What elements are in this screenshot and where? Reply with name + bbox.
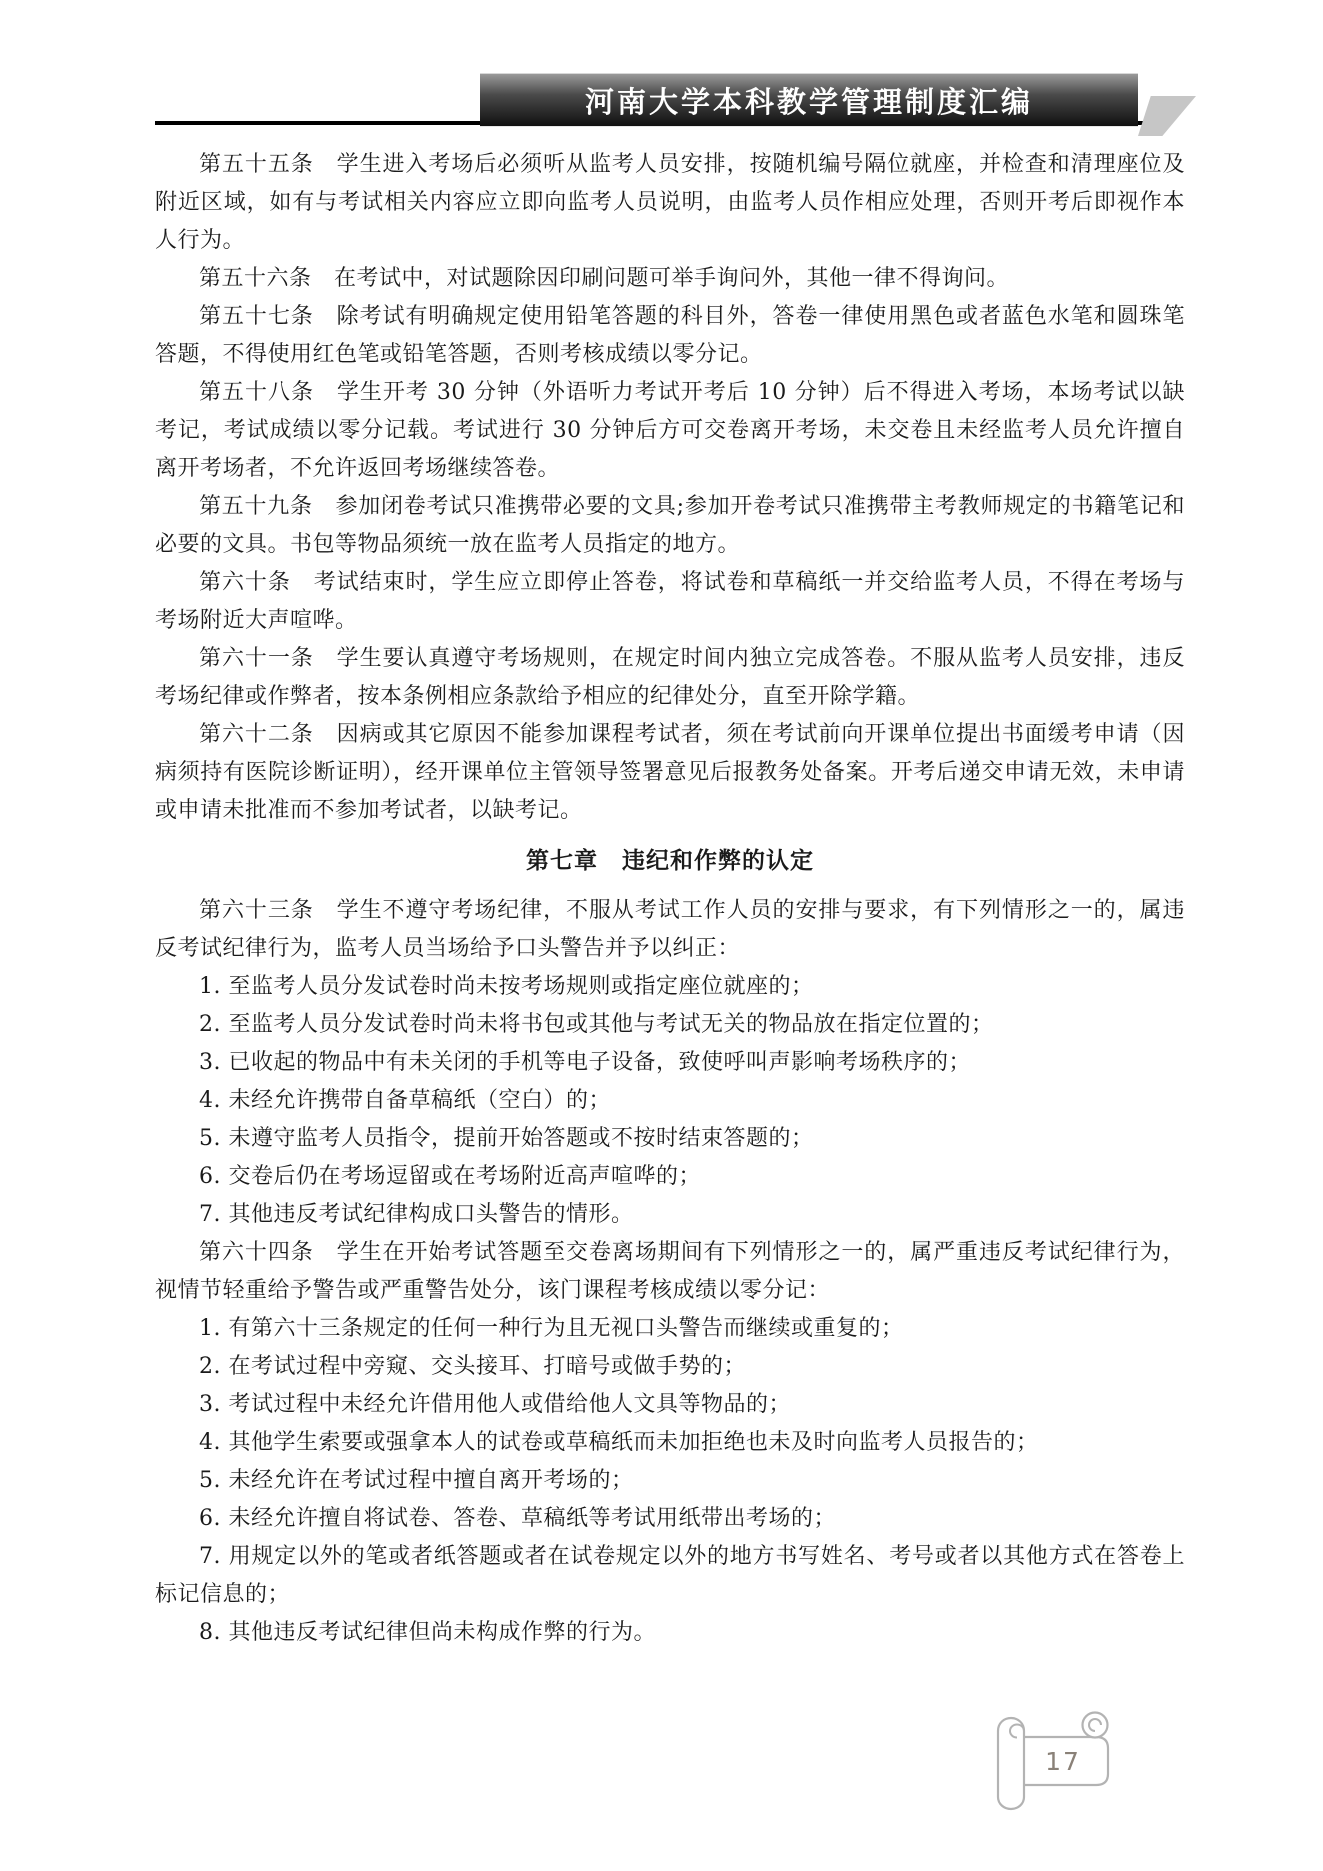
list-item: 4. 未经允许携带自备草稿纸（空白）的； bbox=[155, 1082, 1185, 1120]
article-paragraph: 第五十六条 在考试中，对试题除因印刷问题可举手询问外，其他一律不得询问。 bbox=[155, 260, 1185, 298]
list-item: 8. 其他违反考试纪律但尚未构成作弊的行为。 bbox=[155, 1614, 1185, 1652]
banner-arrow-icon bbox=[1138, 96, 1196, 136]
list-item: 2. 在考试过程中旁窥、交头接耳、打暗号或做手势的； bbox=[155, 1348, 1185, 1386]
page-number: 17 bbox=[1045, 1747, 1081, 1776]
article-paragraph: 第六十条 考试结束时，学生应立即停止答卷，将试卷和草稿纸一并交给监考人员，不得在… bbox=[155, 564, 1185, 640]
list-item: 3. 考试过程中未经允许借用他人或借给他人文具等物品的； bbox=[155, 1386, 1185, 1424]
header-banner-title: 河南大学本科教学管理制度汇编 bbox=[585, 80, 1033, 121]
article-paragraph: 第六十四条 学生在开始考试答题至交卷离场期间有下列情形之一的，属严重违反考试纪律… bbox=[155, 1234, 1185, 1310]
list-item: 6. 交卷后仍在考场逗留或在考场附近高声喧哗的； bbox=[155, 1158, 1185, 1196]
chapter-heading: 第七章 违纪和作弊的认定 bbox=[155, 841, 1185, 881]
list-item: 7. 用规定以外的笔或者纸答题或者在试卷规定以外的地方书写姓名、考号或者以其他方… bbox=[155, 1538, 1185, 1614]
list-item: 7. 其他违反考试纪律构成口头警告的情形。 bbox=[155, 1196, 1185, 1234]
list-item: 5. 未经允许在考试过程中擅自离开考场的； bbox=[155, 1462, 1185, 1500]
article-paragraph: 第五十八条 学生开考 30 分钟（外语听力考试开考后 10 分钟）后不得进入考场… bbox=[155, 374, 1185, 488]
article-paragraph: 第六十三条 学生不遵守考场纪律，不服从考试工作人员的安排与要求，有下列情形之一的… bbox=[155, 892, 1185, 968]
article-paragraph: 第五十五条 学生进入考场后必须听从监考人员安排，按随机编号隔位就座，并检查和清理… bbox=[155, 146, 1185, 260]
list-item: 1. 至监考人员分发试卷时尚未按考场规则或指定座位就座的； bbox=[155, 968, 1185, 1006]
list-item: 1. 有第六十三条规定的任何一种行为且无视口头警告而继续或重复的； bbox=[155, 1310, 1185, 1348]
list-item: 4. 其他学生索要或强拿本人的试卷或草稿纸而未加拒绝也未及时向监考人员报告的； bbox=[155, 1424, 1185, 1462]
page-number-scroll-icon: 17 bbox=[995, 1710, 1121, 1812]
document-page: 河南大学本科教学管理制度汇编 第五十五条 学生进入考场后必须听从监考人员安排，按… bbox=[0, 0, 1323, 1871]
article-paragraph: 第五十九条 参加闭卷考试只准携带必要的文具;参加开卷考试只准携带主考教师规定的书… bbox=[155, 488, 1185, 564]
article-paragraph: 第六十二条 因病或其它原因不能参加课程考试者，须在考试前向开课单位提出书面缓考申… bbox=[155, 716, 1185, 830]
list-item: 5. 未遵守监考人员指令，提前开始答题或不按时结束答题的； bbox=[155, 1120, 1185, 1158]
list-item: 6. 未经允许擅自将试卷、答卷、草稿纸等考试用纸带出考场的； bbox=[155, 1500, 1185, 1538]
article-paragraph: 第五十七条 除考试有明确规定使用铅笔答题的科目外，答卷一律使用黑色或者蓝色水笔和… bbox=[155, 298, 1185, 374]
article-paragraph: 第六十一条 学生要认真遵守考场规则，在规定时间内独立完成答卷。不服从监考人员安排… bbox=[155, 640, 1185, 716]
list-item: 3. 已收起的物品中有未关闭的手机等电子设备，致使呼叫声影响考场秩序的； bbox=[155, 1044, 1185, 1082]
list-item: 2. 至监考人员分发试卷时尚未将书包或其他与考试无关的物品放在指定位置的； bbox=[155, 1006, 1185, 1044]
document-body: 第五十五条 学生进入考场后必须听从监考人员安排，按随机编号隔位就座，并检查和清理… bbox=[155, 146, 1185, 1652]
header-banner: 河南大学本科教学管理制度汇编 bbox=[480, 73, 1138, 127]
